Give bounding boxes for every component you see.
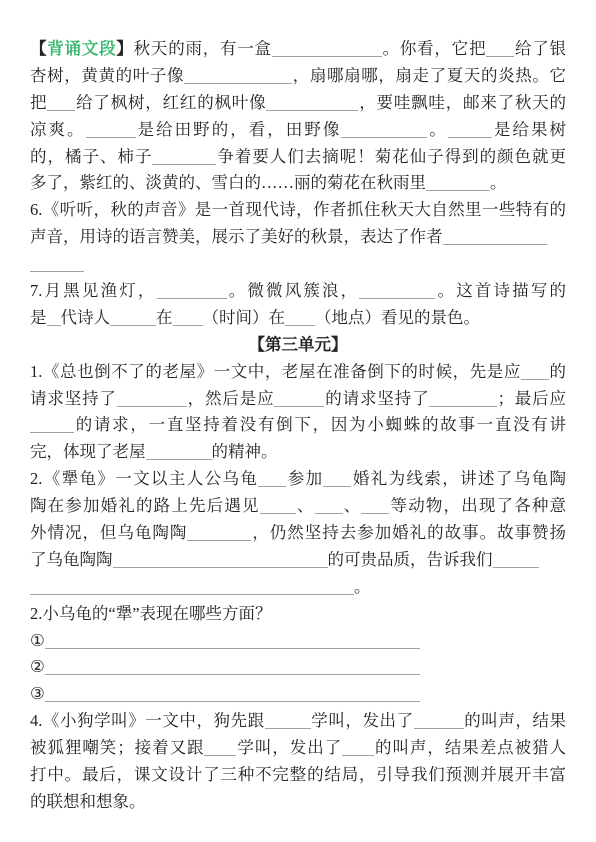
blank-field — [414, 710, 464, 729]
blank-field — [265, 710, 311, 729]
blank-field — [272, 38, 382, 57]
q7-line-1: 7.月黑见渔灯，。微微风簇浪，。这首诗描写的 — [30, 278, 566, 305]
recite-passage-line-5: 的，橘子、柿子争着要人们去摘呢！菊花仙子得到的颜色就更 — [30, 144, 566, 171]
text-run: 是给田野的，看，田野像 — [136, 120, 342, 139]
blank-field — [184, 65, 292, 84]
recite-section-label: 背诵文段 — [47, 39, 116, 58]
text-run: 7.月黑见渔灯， — [30, 281, 157, 300]
text-run: ② — [30, 657, 45, 676]
u3-q2-line-1: 2.《犟龟》一文以主人公乌龟参加婚礼为线索，讲述了乌龟陶 — [30, 466, 566, 493]
q6-line-1: 6.《听听，秋的声音》是一首现代诗，作者抓住秋天大自然里一些特有的 — [30, 197, 566, 224]
text-run: 婚礼为线索，讲述了乌龟陶 — [351, 469, 566, 488]
text-run: 外情况，但乌龟陶陶 — [30, 523, 187, 542]
text-run: 、 — [296, 496, 315, 515]
u3-q1-line-3: 的请求，一直坚持着没有倒下，因为小蜘蛛的故事一直没有讲 — [30, 412, 566, 439]
text-run: 。 — [354, 577, 371, 596]
blank-field — [493, 549, 539, 568]
worksheet-content: 【背诵文段】秋天的雨，有一盒。你看，它把给了银杏树，黄黄的叶子像，扇哪扇哪，扇走… — [30, 36, 566, 816]
text-run: 的精神。 — [212, 442, 278, 461]
text-run: 是给果树 — [492, 120, 566, 139]
blank-field — [359, 280, 435, 299]
text-run: 等动物，出现了各种意 — [389, 496, 566, 515]
u3-q4-line-2: 被狐狸嘲笑；接着又跟学叫，发出了的叫声，结果差点被猎人 — [30, 735, 566, 762]
blank-field — [152, 146, 216, 165]
blank-field — [426, 172, 490, 191]
q6-line-3 — [30, 251, 566, 278]
text-run: 。 — [427, 120, 448, 139]
blank-field — [341, 119, 427, 138]
u3-q4-line-4: 的联想和想象。 — [30, 789, 566, 816]
text-run: 声音，用诗的语言赞美，展示了美好的秋景，表达了作者 — [30, 227, 443, 246]
text-run: 了乌龟陶陶 — [30, 550, 113, 569]
text-run: 2.《犟龟》一文以主人公乌龟 — [30, 469, 258, 488]
blank-field — [486, 38, 514, 57]
text-run: （时间）在 — [203, 308, 286, 327]
u3-q2-line-2: 陶在参加婚礼的路上先后遇见、、等动物，出现了各种意 — [30, 493, 566, 520]
text-run: 6.《听听，秋的声音》是一首现代诗，作者抓住秋天大自然里一些特有的 — [30, 200, 566, 219]
text-run: 参加 — [286, 469, 323, 488]
text-run: 、 — [343, 496, 362, 515]
u3-q1-line-2: 请求坚持了，然后是应的请求坚持了；最后应 — [30, 386, 566, 413]
text-run: 。你看，它把 — [382, 39, 486, 58]
u3-q2b-prompt: 2.小乌龟的“犟”表现在哪些方面？ — [30, 601, 566, 628]
u3-q2b-answer-1: ① — [30, 628, 566, 655]
text-run: ，要哇飘哇，邮来了秋天的 — [358, 93, 566, 112]
recite-passage-line-3: 把给了枫树，红红的枫叶像，要哇飘哇，邮来了秋天的 — [30, 90, 566, 117]
text-run: 的叫声，结果差点被猎人 — [374, 738, 566, 757]
blank-field — [323, 468, 351, 487]
u3-q4-line-3: 打中。最后，课文设计了三种不完整的结局，引导我们预测并展开丰富 — [30, 762, 566, 789]
u3-q1-line-1: 1.《总也倒不了的老屋》一文中，老屋在准备倒下的时候，先是应的 — [30, 359, 566, 386]
text-run: 在 — [156, 308, 173, 327]
text-run: 的 — [549, 362, 566, 381]
blank-field — [173, 307, 203, 326]
blank-field — [113, 549, 328, 568]
text-run: 的叫声，结果 — [464, 711, 566, 730]
text-run: （地点）看见的景色。 — [315, 308, 480, 327]
blank-field — [204, 737, 236, 756]
text-run: 。微微风簇浪， — [227, 281, 360, 300]
blank-field — [30, 414, 74, 433]
text-run: 请求坚持了 — [30, 389, 117, 408]
text-run: 完，体现了老屋 — [30, 442, 146, 461]
text-run: ；最后应 — [497, 389, 566, 408]
blank-field — [86, 119, 136, 138]
text-run: 打中。最后，课文设计了三种不完整的结局，引导我们预测并展开丰富 — [30, 765, 566, 784]
blank-field — [110, 307, 156, 326]
blank-field — [274, 388, 324, 407]
text-run: 2.小乌龟的“犟”表现在哪些方面？ — [30, 604, 272, 623]
recite-passage-line-2: 杏树，黄黄的叶子像，扇哪扇哪，扇走了夏天的炎热。它 — [30, 63, 566, 90]
blank-field — [157, 280, 227, 299]
text-run: ③ — [30, 684, 45, 703]
text-run: 4.《小狗学叫》一文中，狗先跟 — [30, 711, 265, 730]
recite-passage-line-4: 凉爽。是给田野的，看，田野像。是给果树 — [30, 117, 566, 144]
text-run: 的可贵品质，告诉我们 — [328, 550, 493, 569]
text-run: 秋天的雨，有一盒 — [134, 39, 272, 58]
recite-passage-line-1: 【背诵文段】秋天的雨，有一盒。你看，它把给了银 — [30, 36, 566, 63]
u3-q2-line-4: 了乌龟陶陶的可贵品质，告诉我们 — [30, 547, 566, 574]
blank-field — [443, 226, 547, 245]
text-run: 1.《总也倒不了的老屋》一文中，老屋在准备倒下的时候，先是应 — [30, 362, 521, 381]
text-run: 【 — [30, 39, 47, 58]
blank-field — [448, 119, 492, 138]
text-run: 给了银 — [514, 39, 566, 58]
text-run: 】 — [116, 39, 133, 58]
text-run: 。这首诗描写的 — [435, 281, 566, 300]
blank-field — [315, 495, 343, 514]
blank-field — [45, 683, 420, 702]
text-run: 是 — [30, 308, 47, 327]
text-run: 陶在参加婚礼的路上先后遇见 — [30, 496, 260, 515]
blank-field — [361, 495, 389, 514]
text-run: ① — [30, 631, 45, 650]
text-run: 代诗人 — [61, 308, 111, 327]
text-run: 【第三单元】 — [249, 335, 348, 354]
u3-q4-line-1: 4.《小狗学叫》一文中，狗先跟学叫，发出了的叫声，结果 — [30, 708, 566, 735]
blank-field — [342, 737, 374, 756]
blank-field — [521, 361, 549, 380]
blank-field — [429, 388, 497, 407]
blank-field — [45, 630, 420, 649]
q7-line-2: 是代诗人在（时间）在（地点）看见的景色。 — [30, 305, 566, 332]
text-run: 凉爽。 — [30, 120, 86, 139]
blank-field — [266, 92, 358, 111]
text-run: 的，橘子、柿子 — [30, 147, 152, 166]
text-run: ，仍然坚持去参加婚礼的故事。故事赞扬 — [251, 523, 566, 542]
recite-passage-line-6: 多了，紫红的、淡黄的、雪白的……丽的菊花在秋雨里。 — [30, 170, 566, 197]
text-run: 的联想和想象。 — [30, 792, 146, 811]
text-run: ，然后是应 — [187, 389, 275, 408]
blank-field — [47, 92, 75, 111]
text-run: 学叫，发出了 — [236, 738, 342, 757]
blank-field — [117, 388, 187, 407]
text-run: 学叫，发出了 — [311, 711, 414, 730]
text-run: 多了，紫红的、淡黄的、雪白的……丽的菊花在秋雨里 — [30, 173, 426, 192]
blank-field — [47, 307, 61, 326]
unit3-heading: 【第三单元】 — [30, 332, 566, 359]
blank-field — [258, 468, 286, 487]
text-run: 争着要人们去摘呢！菊花仙子得到的颜色就更 — [216, 147, 566, 166]
u3-q2-line-5: 。 — [30, 574, 566, 601]
blank-field — [285, 307, 315, 326]
text-run: 给了枫树，红红的枫叶像 — [75, 93, 266, 112]
worksheet-page: 【背诵文段】秋天的雨，有一盒。你看，它把给了银杏树，黄黄的叶子像，扇哪扇哪，扇走… — [0, 0, 596, 842]
text-run: 的请求，一直坚持着没有倒下，因为小蜘蛛的故事一直没有讲 — [74, 415, 566, 434]
u3-q2b-answer-3: ③ — [30, 681, 566, 708]
blank-field — [30, 253, 84, 272]
blank-field — [146, 441, 212, 460]
u3-q2b-answer-2: ② — [30, 654, 566, 681]
u3-q2-line-3: 外情况，但乌龟陶陶，仍然坚持去参加婚礼的故事。故事赞扬 — [30, 520, 566, 547]
blank-field — [187, 522, 251, 541]
blank-field — [30, 576, 354, 595]
text-run: 的请求坚持了 — [324, 389, 429, 408]
text-run: 被狐狸嘲笑；接着又跟 — [30, 738, 204, 757]
text-run: 。 — [490, 173, 507, 192]
text-run: 把 — [30, 93, 47, 112]
blank-field — [260, 495, 296, 514]
q6-line-2: 声音，用诗的语言赞美，展示了美好的秋景，表达了作者 — [30, 224, 566, 251]
blank-field — [45, 656, 420, 675]
u3-q1-line-4: 完，体现了老屋的精神。 — [30, 439, 566, 466]
text-run: 杏树，黄黄的叶子像 — [30, 66, 184, 85]
text-run: ，扇哪扇哪，扇走了夏天的炎热。它 — [292, 66, 566, 85]
